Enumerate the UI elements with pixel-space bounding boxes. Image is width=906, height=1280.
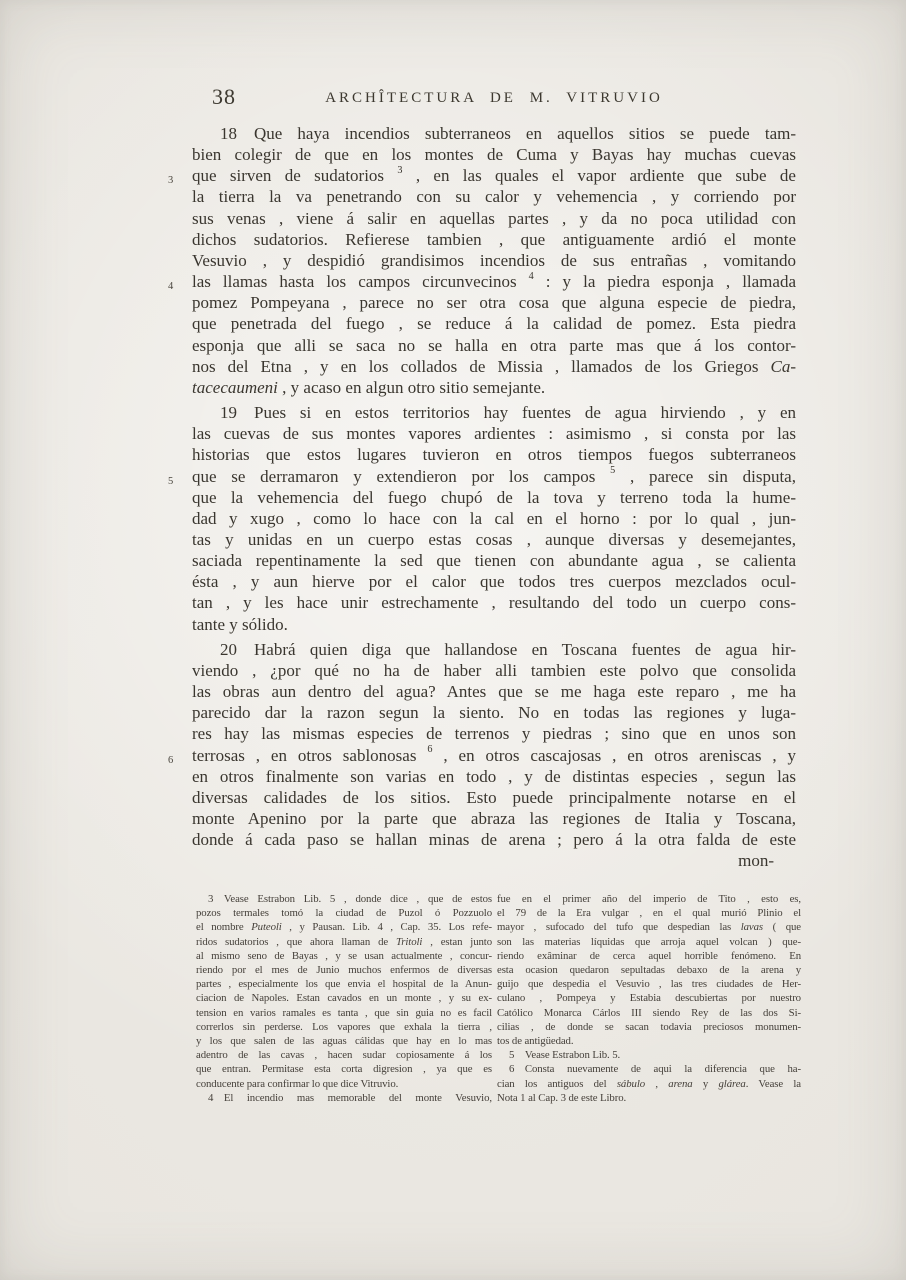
page-title: ARCHÎTECTURA DE M. VITRUVIO (192, 90, 796, 107)
footnote-line: fue en el primer año del imperio de Tito… (497, 892, 801, 906)
text-line: dad y xugo , como lo hace con la cal en … (192, 508, 796, 529)
paragraph: 19 Pues si en estos territorios hay fuen… (192, 402, 796, 635)
text-line: 19 Pues si en estos territorios hay fuen… (192, 402, 796, 423)
text-line: tante y sólido. (192, 614, 796, 635)
main-text: 18 Que haya incendios subterraneos en aq… (192, 123, 796, 871)
footnote-line: 5 Vease Estrabon Lib. 5. (497, 1048, 801, 1062)
footnote-line: y los que salen de las aguas cálidas que… (196, 1034, 492, 1048)
footnote-line: tension en varios ramales es tanta , que… (196, 1006, 492, 1020)
footnote-line: Católico Monarca Cárlos III siendo Rey d… (497, 1006, 801, 1020)
text-line: pomez Pompeyana , parece no ser otra cos… (192, 292, 796, 313)
margin-ref-number: 6 (168, 750, 173, 771)
text-line: tas y unidas en un cuerpo estas cosas , … (192, 529, 796, 550)
text-line: las cuevas de sus montes vapores ardient… (192, 423, 796, 444)
text-line: que se derramaron y extendieron por los … (192, 466, 796, 487)
margin-ref-number: 3 (168, 170, 173, 191)
text-line: en otros finalmente son varias en todo ,… (192, 766, 796, 787)
text-line: nos del Etna , y en los collados de Miss… (192, 356, 796, 377)
footnote-column-right: fue en el primer año del imperio de Tito… (497, 892, 801, 1105)
footnote-line: el nombre Puteoli , y Pausan. Lib. 4 , C… (196, 920, 492, 934)
text-line: tacecaumeni , y acaso en algun otro siti… (192, 377, 796, 398)
text-line: sus venas , viene á salir en aquellas pa… (192, 208, 796, 229)
text-line: donde á cada paso se hallan minas de are… (192, 829, 796, 850)
footnote-line: el 79 de la Era vulgar , en el qual muri… (497, 906, 801, 920)
footnote-line: riendo exâminar de cerca aquel horrible … (497, 949, 801, 963)
text-line: la tierra la va penetrando con su calor … (192, 186, 796, 207)
text-line: que la vehemencia del fuego chupó de la … (192, 487, 796, 508)
text-line: esponja que alli se saca no se halla en … (192, 335, 796, 356)
footnote-line: 4 El incendio mas memorable del monte Ve… (196, 1091, 492, 1105)
footnote-column-left: 3 Vease Estrabon Lib. 5 , donde dice , q… (196, 892, 492, 1105)
catchword: mon- (192, 850, 796, 871)
text-line: res hay las mismas especies de terrenos … (192, 723, 796, 744)
paragraph: 18 Que haya incendios subterraneos en aq… (192, 123, 796, 398)
text-line: diversas calidades de los sitios. Esto p… (192, 787, 796, 808)
text-line: las obras aun dentro del agua? Antes que… (192, 681, 796, 702)
footnote-line: ridos sudatorios , que ahora llaman de T… (196, 935, 492, 949)
text-line: bien colegir de que en los montes de Cum… (192, 144, 796, 165)
footnote-line: correrlos sin perderse. Los vapores que … (196, 1020, 492, 1034)
text-line: historias que estos lugares tuvieron en … (192, 444, 796, 465)
paragraph: 20 Habrá quien diga que hallandose en To… (192, 639, 796, 851)
text-line: dichos sudatorios. Refierese tambien , q… (192, 229, 796, 250)
footnote-line: tos de antigüedad. (497, 1034, 801, 1048)
footnote-line: adentro de las cavas , hacen sudar copio… (196, 1048, 492, 1062)
margin-ref-number: 4 (168, 276, 173, 297)
footnote-line: riendo por el mes de Junio muchos enferm… (196, 963, 492, 977)
footnote-line: pozos termales tomó la ciudad de Puzol ó… (196, 906, 492, 920)
footnote-line: al mismo seno de Bayas , y se usan actua… (196, 949, 492, 963)
footnote-line: 3 Vease Estrabon Lib. 5 , donde dice , q… (196, 892, 492, 906)
footnote-line: 6 Consta nuevamente de aqui la diferenci… (497, 1062, 801, 1076)
text-line: viendo , ¿por qué no ha de haber alli ta… (192, 660, 796, 681)
text-line: saciada repentinamente la sed que tienen… (192, 550, 796, 571)
text-line: ésta , y aun hierve por el calor que tod… (192, 571, 796, 592)
text-line: las llamas hasta los campos circunvecino… (192, 271, 796, 292)
text-line: monte Apenino por la parte que abraza la… (192, 808, 796, 829)
footnote-line: son las materias líquidas que arroja aqu… (497, 935, 801, 949)
footnote-line: Nota 1 al Cap. 3 de este Libro. (497, 1091, 801, 1105)
footnote-line: conducente para confirmar lo que dice Vi… (196, 1077, 492, 1091)
footnote-line: esta ocasion quedaron sepultadas debaxo … (497, 963, 801, 977)
text-line: 18 Que haya incendios subterraneos en aq… (192, 123, 796, 144)
footnote-line: mayor , sufocado del tufo que despedian … (497, 920, 801, 934)
margin-ref-number: 5 (168, 471, 173, 492)
text-line: terrosas , en otros sablonosas 6 , en ot… (192, 745, 796, 766)
text-line: Vesuvio , y despidió grandisimos incendi… (192, 250, 796, 271)
footnote-line: partes , especialmente los que envia el … (196, 977, 492, 991)
footnote-line: que entran. Permitase esta corta digresi… (196, 1062, 492, 1076)
footnote-line: cian los antiguos del sábulo , arena y g… (497, 1077, 801, 1091)
scanned-page: 38 ARCHÎTECTURA DE M. VITRUVIO 18 Que ha… (0, 0, 906, 1280)
text-line: que penetrada del fuego , se reduce á la… (192, 313, 796, 334)
text-line: que sirven de sudatorios 3 , en las qual… (192, 165, 796, 186)
footnote-line: guijo que despedia el Vesuvio , las tres… (497, 977, 801, 991)
text-line: tan , y les hace unir estrechamente , re… (192, 592, 796, 613)
footnote-line: ciacion de Napoles. Estan cavados en un … (196, 991, 492, 1005)
footnote-line: culano , Pompeya y Estabia descubiertas … (497, 991, 801, 1005)
footnote-line: cilias , de donde se sacan todavia preci… (497, 1020, 801, 1034)
text-line: parecido dar la razon segun la siento. N… (192, 702, 796, 723)
text-line: 20 Habrá quien diga que hallandose en To… (192, 639, 796, 660)
